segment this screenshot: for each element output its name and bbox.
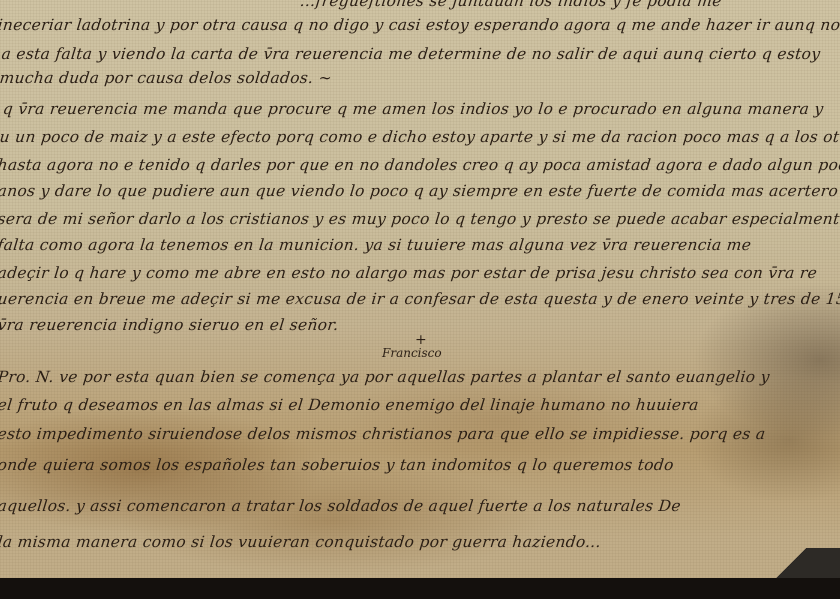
page-bottom-edge	[0, 578, 840, 599]
manuscript-line: ...aquellos. y assi comencaron a tratar …	[0, 497, 682, 515]
manuscript-line: ... q v̄ra reuerencia me manda que procu…	[0, 100, 824, 118]
manuscript-line: ...a esta falta y viendo la carta de v̄r…	[0, 45, 821, 63]
manuscript-line: ...adeçir lo q hare y como me abre en es…	[0, 264, 818, 282]
manuscript-line: ...hasta agora no e tenido q darles por …	[0, 156, 840, 174]
manuscript-line: ...sera de mi señor darlo a los cristian…	[0, 210, 840, 228]
manuscript-line: ...la misma manera como si los vuuieran …	[0, 533, 602, 551]
manuscript-line: ...onde quiera somos los españoles tan s…	[0, 456, 675, 474]
manuscript-line: ...el fruto q deseamos en las almas si e…	[0, 396, 700, 414]
manuscript-page: ...fregueſtiones se juntauan los indios …	[0, 0, 840, 599]
signature-name: Francisco	[382, 346, 442, 360]
manuscript-line: ...uerencia en breue me adeçir si me exc…	[0, 290, 840, 308]
manuscript-line: ...ineceriar ladotrina y por otra causa …	[0, 16, 840, 34]
manuscript-line: ...Pro. N. ve por esta quan bien se come…	[0, 368, 771, 386]
manuscript-line: ...fregueſtiones se juntauan los indios …	[299, 0, 723, 10]
manuscript-line: ...v̄ra reuerencia indigno sieruo en el …	[0, 316, 340, 334]
manuscript-line: ...u un poco de maiz y a este efecto por…	[0, 128, 840, 146]
manuscript-line: ...anos y dare lo que pudiere aun que vi…	[0, 182, 839, 200]
manuscript-line: ...falta como agora la tenemos en la mun…	[0, 236, 752, 254]
manuscript-line: ...esto impedimento siruiendose delos mi…	[0, 425, 766, 443]
manuscript-line: ...mucha duda por causa delos soldados. …	[0, 69, 333, 87]
